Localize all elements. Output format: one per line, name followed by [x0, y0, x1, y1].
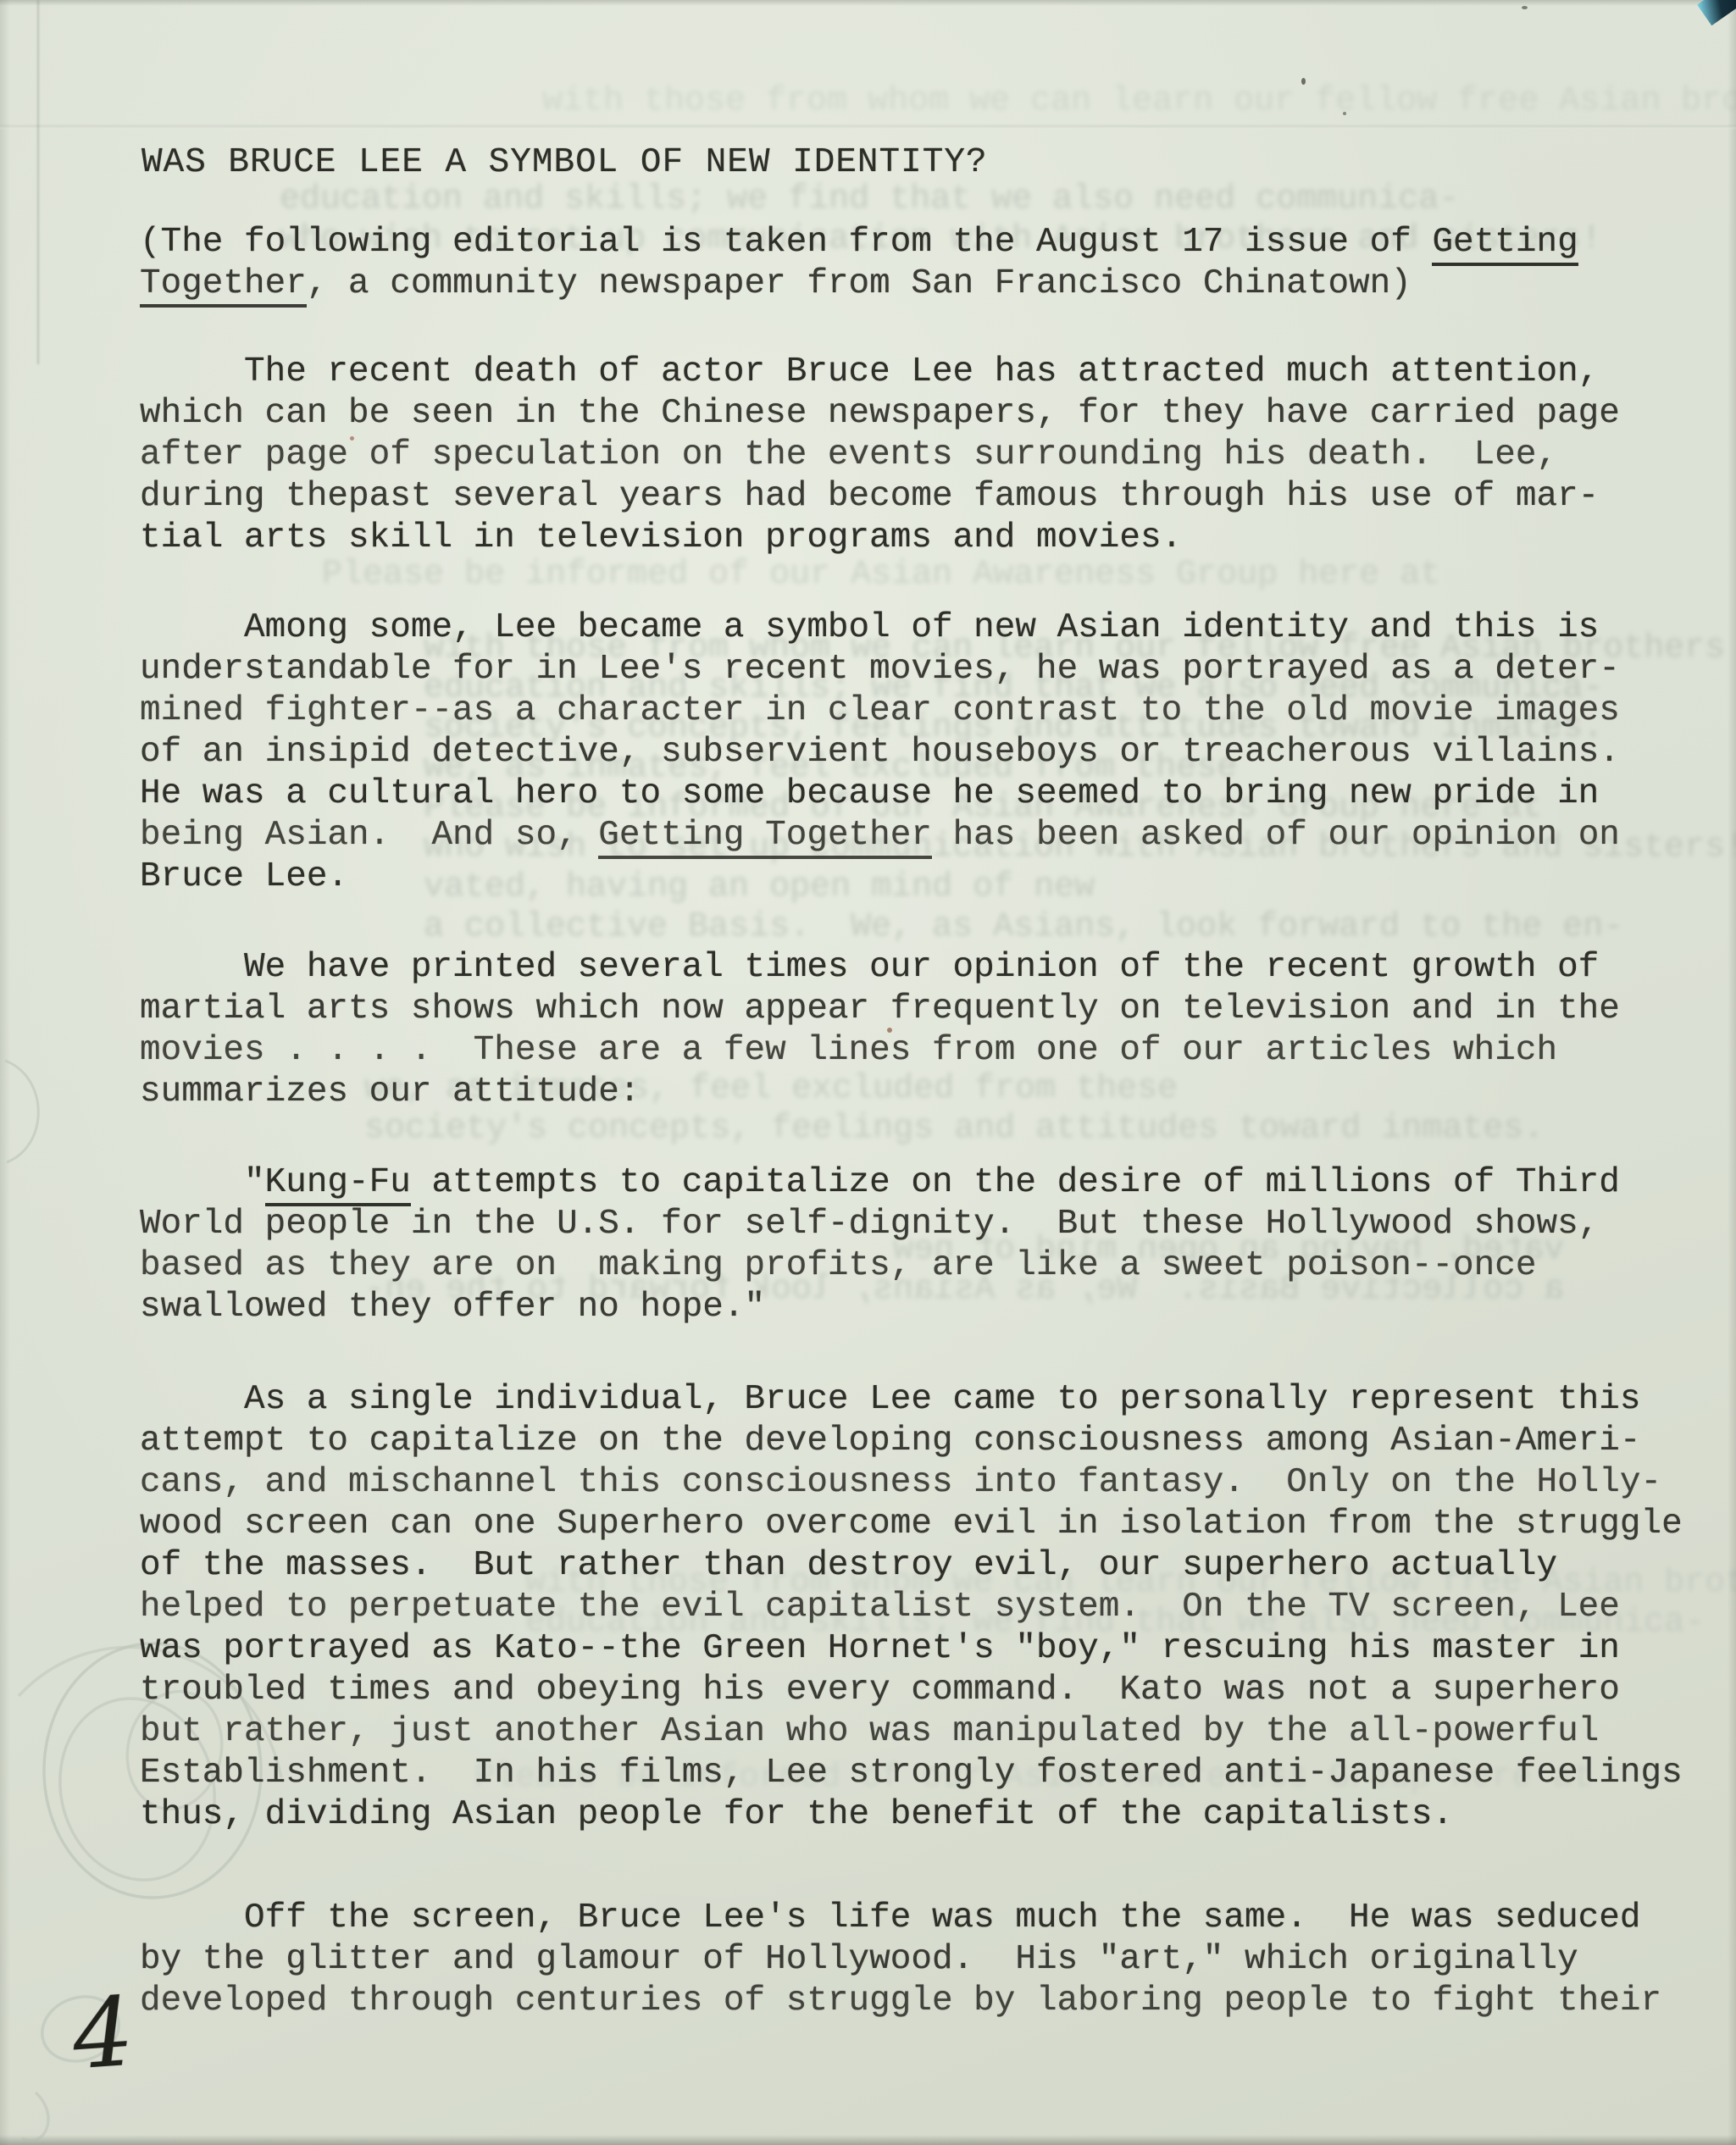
text-line: cans, and mischannel this consciousness …: [140, 1462, 1683, 1504]
paper-crease-horizontal: [0, 125, 1736, 129]
text-line: movies . . . . These are a few lines fro…: [140, 1030, 1620, 1072]
text-line: during thepast several years had become …: [140, 476, 1620, 518]
bleedthrough-text: with those from whom we can learn our fe…: [542, 81, 1736, 121]
page-edge-left: [0, 0, 10, 2145]
text-line: summarizes our attitude:: [140, 1072, 1620, 1113]
text-line: mined fighter--as a character in clear c…: [140, 690, 1620, 732]
paragraph-3: We have printed several times our opinio…: [140, 947, 1620, 1113]
page-edge-right: [1728, 0, 1736, 2145]
text-line: "Kung-Fu attempts to capitalize on the d…: [140, 1162, 1620, 1204]
text-line: which can be seen in the Chinese newspap…: [140, 393, 1620, 435]
paragraph-2: Among some, Lee became a symbol of new A…: [140, 607, 1620, 898]
page-edge-bottom: [0, 2135, 1736, 2145]
text-line: Off the screen, Bruce Lee's life was muc…: [140, 1898, 1661, 1939]
pencil-scribble-left-margin: [0, 1050, 76, 1186]
text-line: He was a cultural hero to some because h…: [140, 773, 1620, 815]
text-line: swallowed they offer no hope.": [140, 1287, 1620, 1328]
text-line: thus, dividing Asian people for the bene…: [140, 1794, 1683, 1836]
underlined-text: Kung-Fu: [265, 1163, 411, 1206]
document-title: WAS BRUCE LEE A SYMBOL OF NEW IDENTITY?: [141, 142, 988, 184]
text-line: helped to perpetuate the evil capitalist…: [140, 1587, 1683, 1628]
text-line: was portrayed as Kato--the Green Hornet'…: [140, 1628, 1683, 1670]
paragraph-4: "Kung-Fu attempts to capitalize on the d…: [140, 1162, 1620, 1328]
underlined-text: Together: [140, 264, 307, 308]
bleedthrough-text: Please be informed of our Asian Awarenes…: [322, 555, 1440, 595]
text-line: tial arts skill in television programs a…: [140, 518, 1620, 559]
text-line: developed through centuries of struggle …: [140, 1981, 1661, 2022]
text-line: Among some, Lee became a symbol of new A…: [140, 607, 1620, 649]
paragraph-6: Off the screen, Bruce Lee's life was muc…: [140, 1898, 1661, 2022]
underlined-text: Getting Together: [598, 816, 932, 859]
text-line: (The following editorial is taken from t…: [140, 222, 1578, 263]
text-line: wood screen can one Superhero overcome e…: [140, 1504, 1683, 1545]
paper-crease-vertical: [37, 0, 39, 364]
text-line: based as they are on making profits, are…: [140, 1245, 1620, 1287]
text-line: attempt to capitalize on the developing …: [140, 1421, 1683, 1462]
text-line: of the masses. But rather than destroy e…: [140, 1545, 1683, 1587]
text-line: Establishment. In his films, Lee strongl…: [140, 1753, 1683, 1794]
text-line: The recent death of actor Bruce Lee has …: [140, 352, 1620, 393]
paragraph-1: The recent death of actor Bruce Lee has …: [140, 352, 1620, 559]
paragraph-5: As a single individual, Bruce Lee came t…: [140, 1379, 1683, 1836]
text-line: but rather, just another Asian who was m…: [140, 1711, 1683, 1753]
text-line: martial arts shows which now appear freq…: [140, 989, 1620, 1030]
ink-speck: [1343, 112, 1346, 115]
page-edge-top: [0, 0, 1736, 6]
underlined-text: Getting: [1432, 223, 1578, 266]
intro-paragraph: (The following editorial is taken from t…: [140, 222, 1578, 305]
text-line: As a single individual, Bruce Lee came t…: [140, 1379, 1683, 1421]
text-line: of an insipid detective, subservient hou…: [140, 732, 1620, 773]
text-line: Bruce Lee.: [140, 856, 1620, 898]
text-line: by the glitter and glamour of Hollywood.…: [140, 1939, 1661, 1981]
ink-speck: [1301, 78, 1306, 85]
text-line: We have printed several times our opinio…: [140, 947, 1620, 989]
text-line: troubled times and obeying his every com…: [140, 1670, 1683, 1711]
text-line: after page of speculation on the events …: [140, 435, 1620, 476]
text-line: understandable for in Lee's recent movie…: [140, 649, 1620, 690]
ink-speck: [1522, 6, 1528, 9]
scanned-page: with those from whom we can learn our fe…: [0, 0, 1736, 2145]
page-number: 4: [69, 1977, 137, 2092]
text-line: World people in the U.S. for self-dignit…: [140, 1204, 1620, 1245]
text-line: Together, a community newspaper from San…: [140, 263, 1578, 305]
text-line: being Asian. And so, Getting Together ha…: [140, 815, 1620, 856]
